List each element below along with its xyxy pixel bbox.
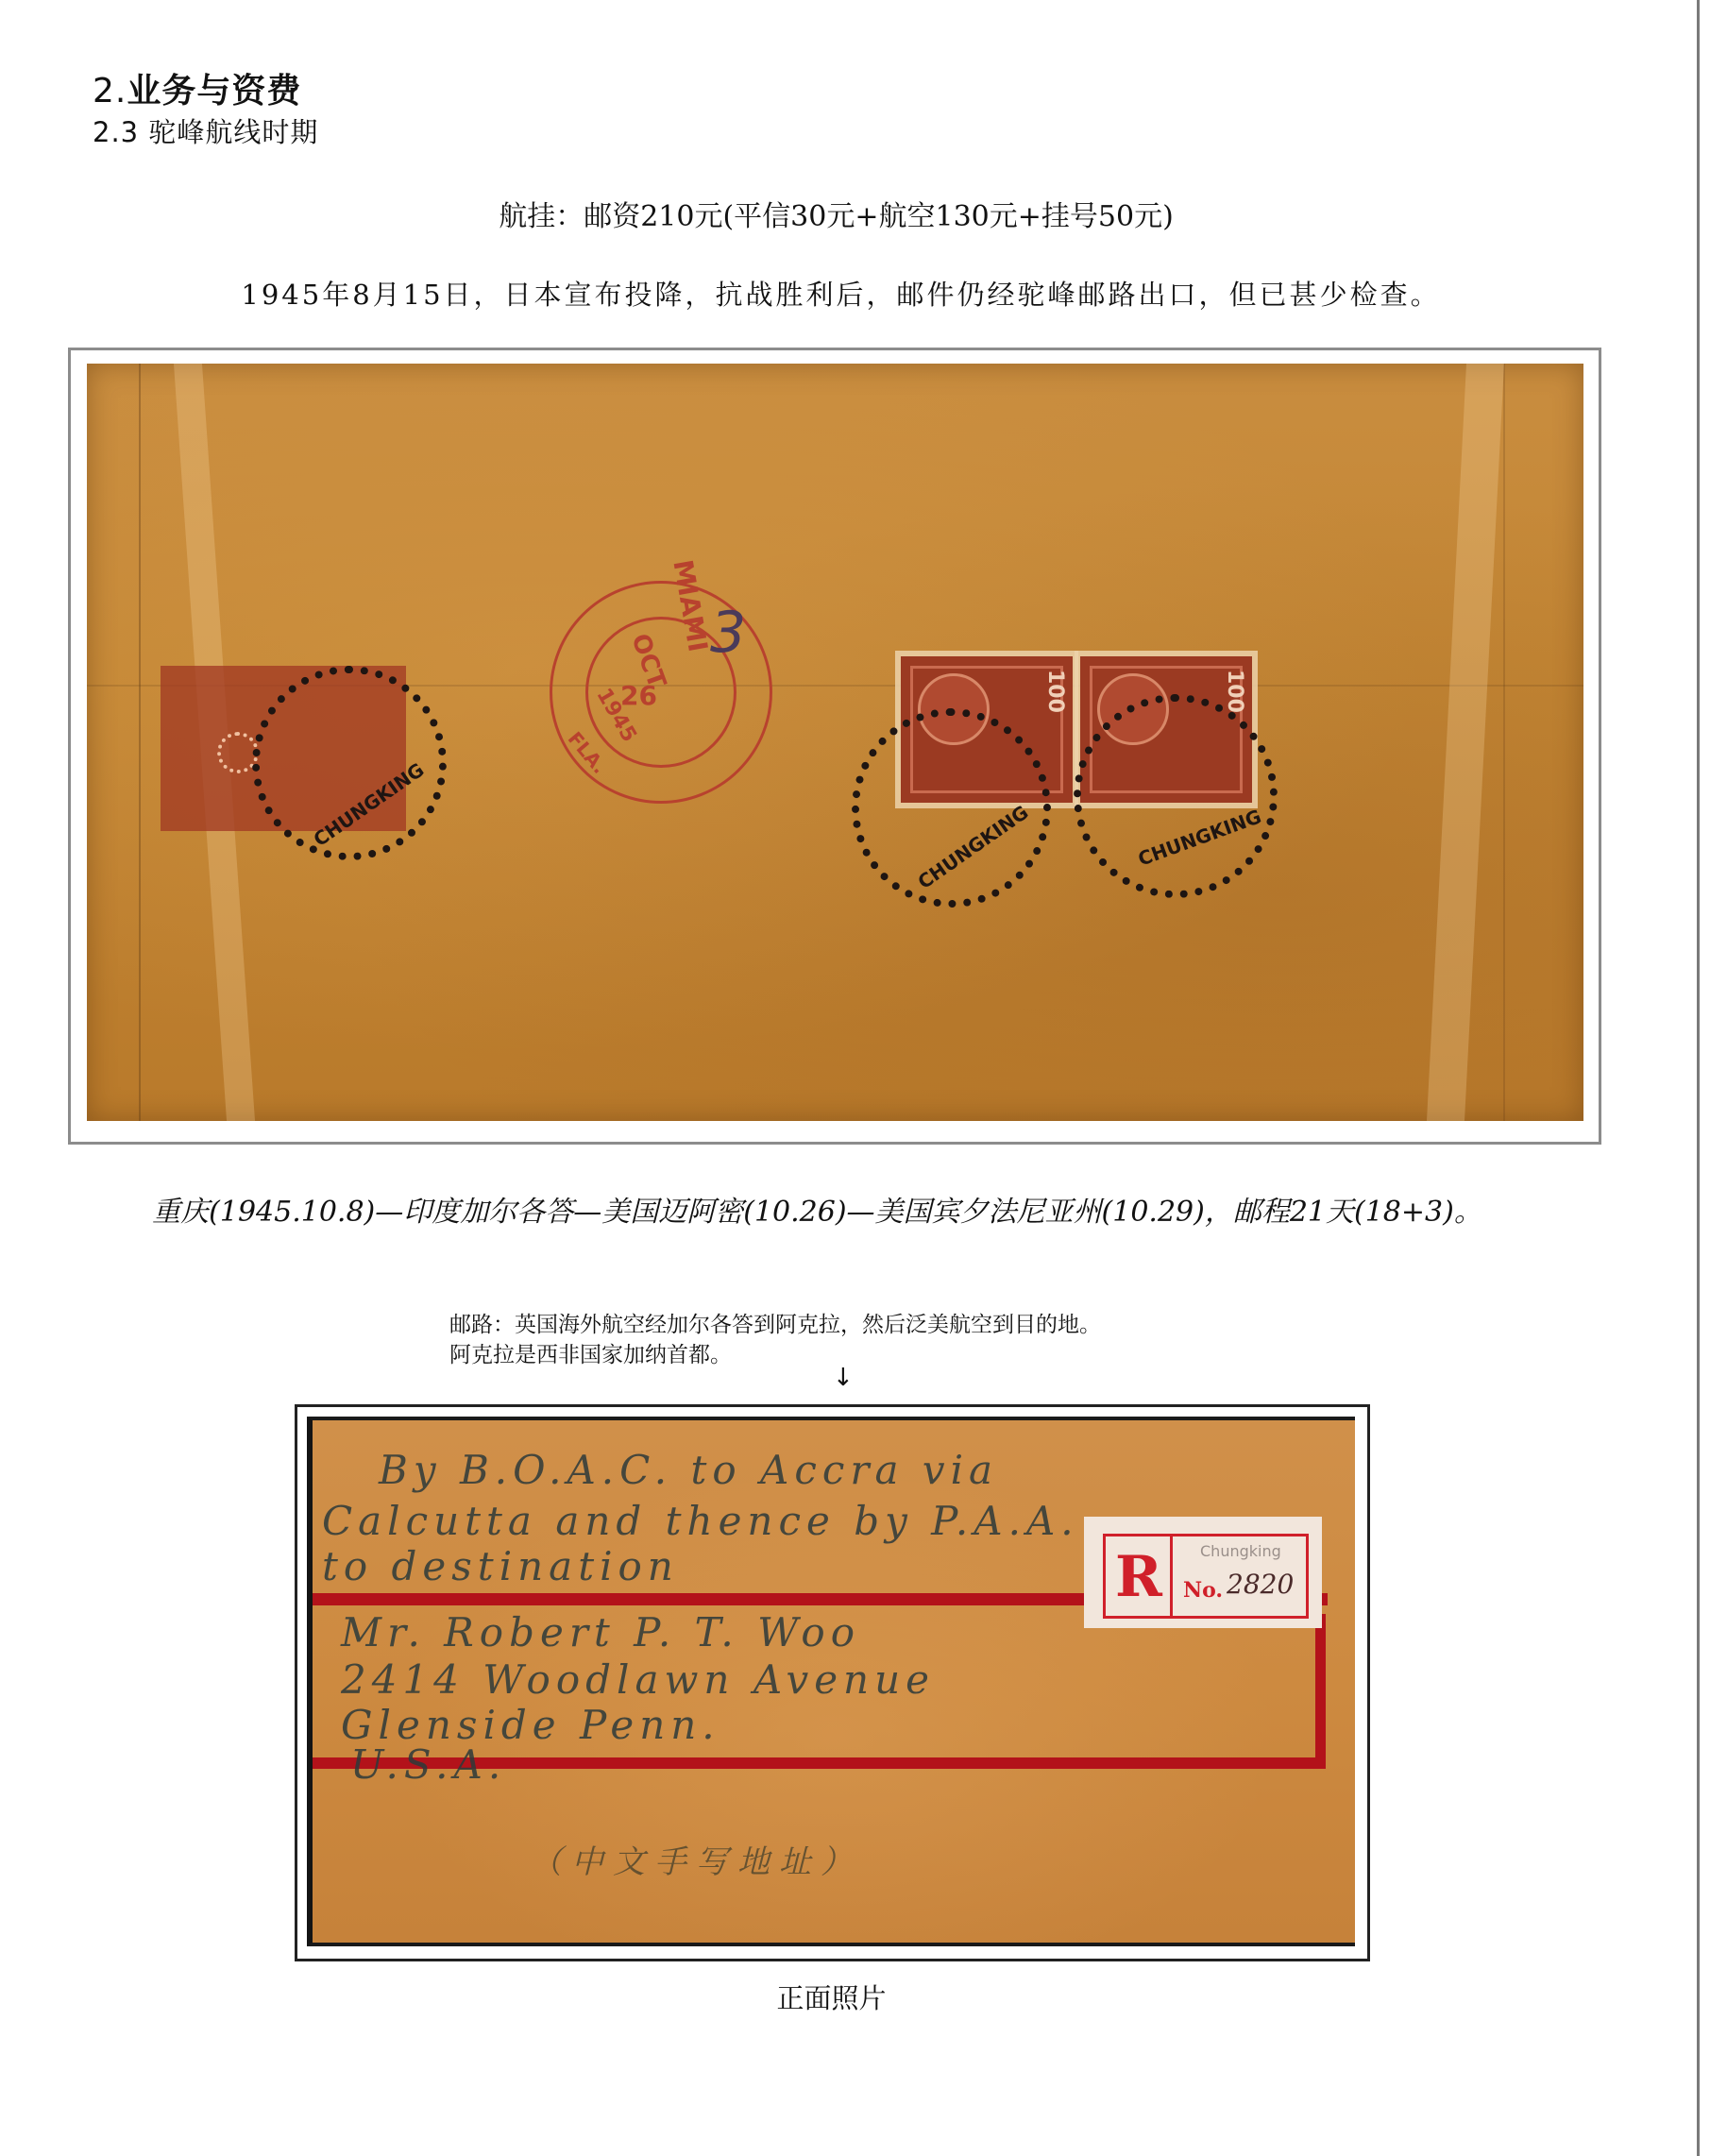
subsection-title: 2.3 驼峰航线时期 <box>93 111 318 150</box>
history-note: 1945年8月15日，日本宣布投降，抗战胜利后，邮件仍经驼峰邮路出口，但已甚少检… <box>0 274 1710 313</box>
stamp-denomination: 100 <box>1043 670 1067 713</box>
registration-label-divider <box>1170 1536 1173 1616</box>
handwritten-line: Mr. Robert P. T. Woo <box>341 1609 860 1655</box>
registration-label-border: R Chungking No. 2820 <box>1103 1534 1309 1619</box>
envelope-crease <box>1427 364 1504 1121</box>
route-note: 邮路：英国海外航空经加尔各答到阿克拉，然后泛美航空到目的地。 阿克拉是西非国家加… <box>449 1310 1101 1370</box>
down-arrow-icon: ↓ <box>833 1364 854 1392</box>
red-border-right <box>1315 1614 1326 1769</box>
section-title-text: 业务与资费 <box>127 72 301 110</box>
postage-rate-line: 航挂：邮资210元(平信30元+航空130元+挂号50元) <box>0 193 1710 234</box>
history-note-text: 1945年8月15日，日本宣布投降，抗战胜利后，邮件仍经驼峰邮路出口，但已甚少检… <box>241 279 1440 311</box>
registration-office: Chungking <box>1200 1542 1281 1560</box>
chinese-handwriting: （中文手写地址） <box>530 1836 862 1882</box>
stamp-denomination: 100 <box>1223 670 1246 713</box>
miami-postmark-day: 26 <box>620 680 657 711</box>
registration-no-prefix: No. <box>1183 1578 1223 1603</box>
section-title: 2.业务与资费 <box>93 64 301 112</box>
page-edge-line <box>1697 0 1700 2156</box>
registration-label: R Chungking No. 2820 <box>1084 1517 1322 1628</box>
handwritten-line: 2414 Woodlawn Avenue <box>341 1656 935 1703</box>
handwritten-line: Calcutta and thence by P.A.A. <box>322 1498 1079 1544</box>
route-caption: 重庆(1945.10.8)—印度加尔各答—美国迈阿密(10.26)—美国宾夕法尼… <box>0 1188 1710 1230</box>
front-photo-caption-text: 正面照片 <box>776 1982 886 2014</box>
registration-number: 2820 <box>1227 1569 1294 1600</box>
section-number: 2. <box>93 72 127 110</box>
cover-back-image: CHUNGKING MIAMI OCT 26 1945 FLA. 3 100 1… <box>87 364 1583 1121</box>
handwritten-line: By B.O.A.C. to Accra via <box>379 1447 998 1493</box>
postage-rate-text: 航挂：邮资210元(平信30元+航空130元+挂号50元) <box>499 200 1174 233</box>
pencil-mark: 3 <box>710 600 746 666</box>
envelope-fold <box>1503 364 1505 1121</box>
route-caption-text: 重庆(1945.10.8)—印度加尔各答—美国迈阿密(10.26)—美国宾夕法尼… <box>152 1196 1482 1229</box>
handwritten-line: U.S.A. <box>350 1741 506 1788</box>
route-note-line: 阿克拉是西非国家加纳首都。 <box>449 1340 1101 1370</box>
route-note-line: 邮路：英国海外航空经加尔各答到阿克拉，然后泛美航空到目的地。 <box>449 1310 1101 1340</box>
handwritten-line: to destination <box>322 1543 679 1589</box>
front-photo-caption: 正面照片 <box>0 1978 1710 2016</box>
cancel-postmark <box>1074 694 1278 898</box>
envelope-fold <box>139 364 141 1121</box>
cover-front-image: By B.O.A.C. to Accra via Calcutta and th… <box>307 1417 1355 1946</box>
registration-letter: R <box>1115 1544 1162 1610</box>
